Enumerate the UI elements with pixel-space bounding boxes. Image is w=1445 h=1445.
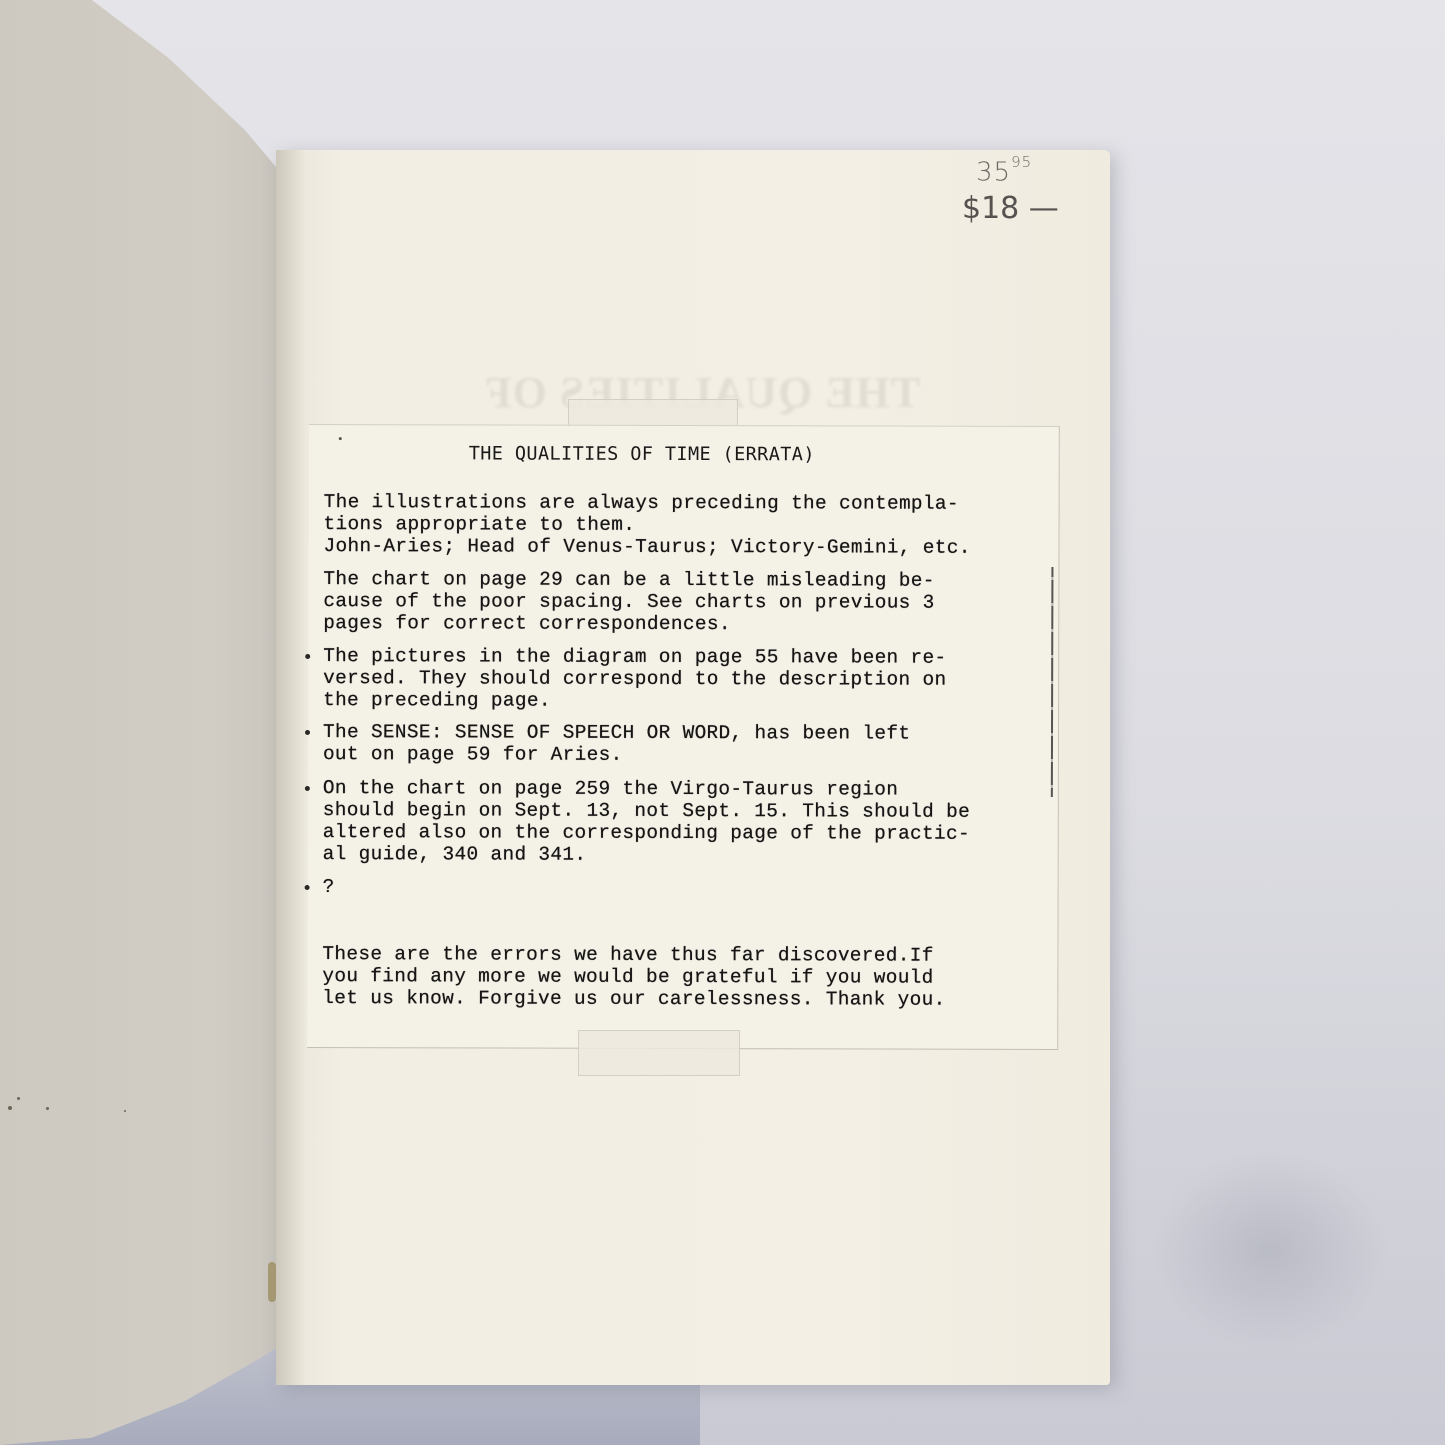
errata-line: cause of the poor spacing. See charts on… (323, 590, 934, 614)
bullet-dot (305, 786, 310, 791)
errata-line: The chart on page 29 can be a little mis… (323, 568, 934, 592)
page-speck (46, 1107, 49, 1110)
fabric-fold (1150, 1150, 1390, 1350)
errata-line: The pictures in the diagram on page 55 h… (323, 645, 946, 669)
errata-line: out on page 59 for Aries. (323, 743, 623, 766)
errata-line: John-Aries; Head of Venus-Taurus; Victor… (323, 535, 970, 559)
errata-line: ? (323, 876, 335, 898)
photo-scene: { "scene": { "description": "Open book s… (0, 0, 1445, 1445)
errata-body: The illustrations are always preceding t… (324, 425, 1054, 427)
page-speck (17, 1097, 20, 1100)
pencil-price-note: 3595 $18 — (966, 155, 1076, 235)
errata-line: al guide, 340 and 341. (323, 843, 587, 866)
errata-line: The illustrations are always preceding t… (324, 491, 959, 515)
price-line-2: $18 — (962, 191, 1059, 226)
errata-slip: THE QUALITIES OF TIME (ERRATA) The illus… (307, 424, 1060, 1050)
bullet-dot (305, 730, 310, 735)
errata-line: the preceding page. (323, 689, 551, 712)
page-gutter-shadow (276, 150, 306, 1385)
errata-line: should begin on Sept. 13, not Sept. 15. … (323, 799, 970, 823)
price-line-1: 3595 (976, 157, 1032, 188)
errata-line: you find any more we would be grateful i… (322, 965, 933, 989)
errata-line: pages for correct correspondences. (323, 612, 731, 635)
errata-line: These are the errors we have thus far di… (322, 943, 933, 967)
left-page (0, 0, 306, 1445)
bullet-dot (305, 654, 310, 659)
tape-strip-bottom (578, 1030, 740, 1076)
glue-stain (268, 1262, 276, 1302)
errata-title: THE QUALITIES OF TIME (ERRATA) (469, 443, 815, 465)
ink-speck (339, 437, 342, 440)
errata-line: let us know. Forgive us our carelessness… (322, 987, 945, 1011)
bullet-dot (305, 885, 310, 890)
errata-line: On the chart on page 259 the Virgo-Tauru… (323, 777, 898, 801)
page-speck (124, 1110, 126, 1112)
errata-line: altered also on the corresponding page o… (323, 821, 970, 845)
typed-margin-rule (1051, 567, 1054, 797)
errata-line: versed. They should correspond to the de… (323, 667, 946, 691)
page-speck (8, 1106, 12, 1110)
errata-line: The SENSE: SENSE OF SPEECH OR WORD, has … (323, 721, 910, 745)
errata-line: tions appropriate to them. (324, 513, 636, 536)
